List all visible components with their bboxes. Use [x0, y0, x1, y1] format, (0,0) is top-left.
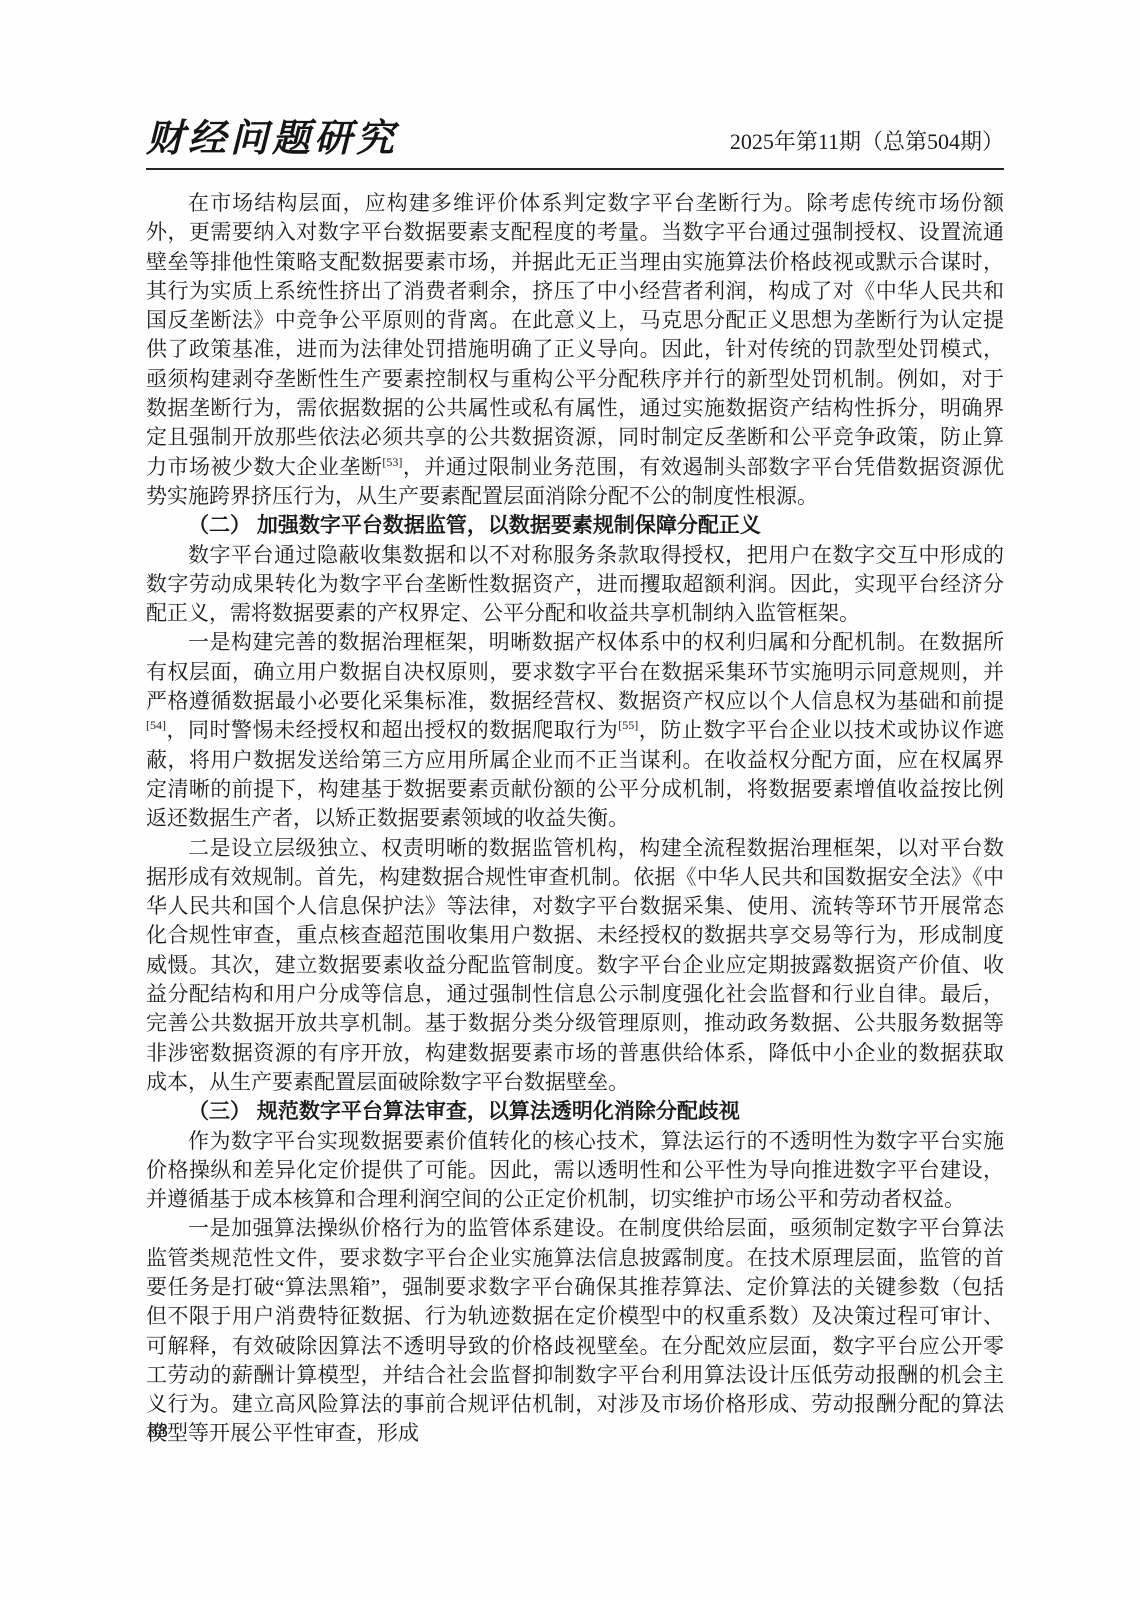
body-paragraph: 一是构建完善的数据治理框架，明晰数据产权体系中的权利归属和分配机制。在数据所有权… [146, 628, 1004, 833]
issue-info: 2025年第11期（总第504期） [730, 125, 1004, 158]
body-paragraph: 在市场结构层面，应构建多维评价体系判定数字平台垄断行为。除考虑传统市场份额外，更… [146, 189, 1004, 511]
journal-logo: 财经问题研究 [146, 118, 398, 158]
body-paragraph: 作为数字平台实现数据要素价值转化的核心技术，算法运行的不透明性为数字平台实施价格… [146, 1127, 1004, 1215]
page-number: 38 [148, 1420, 168, 1443]
body-paragraph: 二是设立层级独立、权责明晰的数据监管机构，构建全流程数据治理框架，以对平台数据形… [146, 834, 1004, 1098]
section-heading: （二） 加强数字平台数据监管，以数据要素规制保障分配正义 [146, 511, 1004, 540]
body-paragraph: 一是加强算法操纵价格行为的监管体系建设。在制度供给层面，亟须制定数字平台算法监管… [146, 1214, 1004, 1448]
page-header: 财经问题研究 2025年第11期（总第504期） [146, 118, 1004, 170]
section-heading: （三） 规范数字平台算法审查，以算法透明化消除分配歧视 [146, 1097, 1004, 1126]
body-paragraph: 数字平台通过隐蔽收集数据和以不对称服务条款取得授权，把用户在数字交互中形成的数字… [146, 541, 1004, 629]
citation-ref: [54] [146, 718, 166, 732]
citation-ref: [53] [382, 455, 402, 469]
article-body: 在市场结构层面，应构建多维评价体系判定数字平台垄断行为。除考虑传统市场份额外，更… [146, 189, 1004, 1449]
journal-page: 财经问题研究 2025年第11期（总第504期） 在市场结构层面，应构建多维评价… [0, 0, 1140, 1600]
citation-ref: [55] [618, 718, 638, 732]
